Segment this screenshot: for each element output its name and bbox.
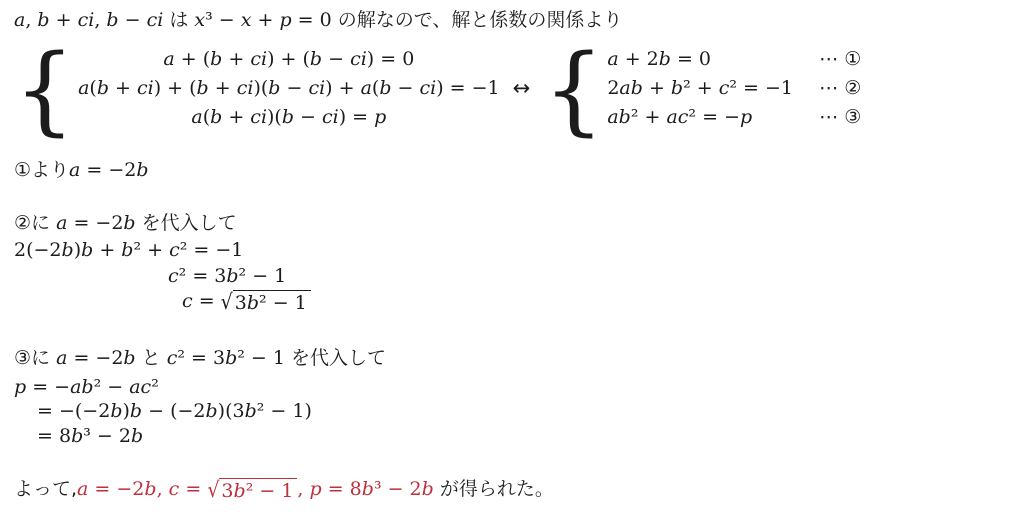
- text-segment: は: [163, 9, 194, 31]
- math-text: +: [222, 106, 250, 128]
- math-text: = −2: [80, 159, 136, 181]
- math-text: ³ − 2: [83, 425, 131, 447]
- math-segment: a, b + ci, b − ci: [14, 9, 163, 31]
- math-text: ,: [94, 9, 106, 31]
- text-segment: の解なので、解と係数の関係より: [332, 9, 623, 31]
- math-segment: c =: [182, 290, 221, 312]
- math-text: ci: [147, 9, 164, 31]
- math-text: ) = −1: [436, 77, 499, 99]
- math-text: a: [56, 347, 67, 369]
- math-text: a: [78, 77, 89, 99]
- math-text: ) + (: [154, 77, 197, 99]
- math-segment: a = −2b: [56, 212, 136, 234]
- math-text: ² − 1: [246, 480, 294, 502]
- math-text: = 0: [292, 9, 332, 31]
- text-segment: を代入して: [136, 212, 237, 234]
- math-text: a: [56, 212, 67, 234]
- math-text: b: [144, 478, 156, 500]
- equation-systems: { a + (b + ci) + (b − ci) = 0 a(b + ci) …: [14, 44, 861, 132]
- text-segment: ②に: [14, 212, 56, 234]
- math-text: = −(−2: [37, 400, 110, 422]
- math-text: = 8: [322, 478, 362, 500]
- equation-marker-1: ⋯ ①: [819, 45, 861, 74]
- math-text: =: [179, 478, 207, 500]
- math-text: ci: [350, 48, 367, 70]
- math-text: = 8: [37, 425, 71, 447]
- math-text: b: [110, 400, 122, 422]
- math-text: ² −: [94, 376, 130, 398]
- right-system: { a + 2b = 0 ⋯ ① 2ab + b² + c² = −1 ⋯ ② …: [543, 44, 861, 132]
- math-text: p: [279, 9, 291, 31]
- left-system: { a + (b + ci) + (b − ci) = 0 a(b + ci) …: [14, 44, 500, 132]
- math-text: +: [209, 77, 237, 99]
- conclusion-line: よって,a = −2b, c = √3b² − 1, p = 8b³ − 2b …: [14, 477, 554, 503]
- math-text: b: [197, 77, 209, 99]
- math-text: b: [123, 212, 135, 234]
- math-text: p: [740, 106, 752, 128]
- math-segment: = −(−2b)b − (−2b)(3b² − 1): [37, 400, 312, 422]
- math-text: ² − 1: [237, 347, 285, 369]
- math-text: a: [361, 77, 372, 99]
- math-text: = 0: [671, 48, 711, 70]
- math-segment: a(b + ci)(b − ci) = p: [191, 106, 386, 128]
- math-text: ab: [70, 376, 94, 398]
- math-text: ³ −: [205, 9, 241, 31]
- math-text: ci: [250, 48, 267, 70]
- equation-line: a(b + ci) + (b + ci)(b − ci) + a(b − ci)…: [78, 74, 500, 103]
- math-text: b: [234, 480, 246, 502]
- math-text: ab: [619, 77, 643, 99]
- math-text: ): [74, 239, 81, 261]
- equation-marker-2: ⋯ ②: [819, 74, 861, 103]
- step3-equation-3: = 8b³ − 2b: [37, 424, 143, 448]
- text-segment: よって,: [14, 478, 77, 500]
- math-text: ² +: [683, 77, 719, 99]
- equation-line: a + 2b = 0: [607, 45, 711, 74]
- radical-sign-icon: √: [221, 289, 233, 316]
- radicand: 3b² − 1: [233, 290, 311, 315]
- text-segment: ③に: [14, 347, 56, 369]
- math-text: ,: [297, 478, 309, 500]
- math-text: b: [106, 9, 118, 31]
- math-text: = −2: [67, 212, 123, 234]
- step3-equation-1: p = −ab² − ac²: [14, 375, 159, 399]
- math-text: ) =: [339, 106, 374, 128]
- math-text: )(: [253, 77, 268, 99]
- math-text: ³ − 2: [374, 478, 422, 500]
- math-text: c: [169, 239, 180, 261]
- math-text: b: [206, 400, 218, 422]
- text-segment: ①より: [14, 159, 69, 181]
- intro-line: a, b + ci, b − ci は x³ − x + p = 0 の解なので…: [14, 8, 622, 32]
- math-text: a: [191, 106, 202, 128]
- math-text: b: [268, 77, 280, 99]
- math-text: ² = −1: [180, 239, 244, 261]
- equation-row: ab² + ac² = −p ⋯ ③: [607, 103, 861, 132]
- math-segment: c² = 3b² − 1: [167, 347, 285, 369]
- math-segment: ab² + ac² = −p: [607, 106, 752, 128]
- math-text: (: [89, 77, 96, 99]
- math-text: ci: [250, 106, 267, 128]
- math-text: b: [379, 77, 391, 99]
- math-text: ²: [151, 376, 159, 398]
- step2-equation-1: 2(−2b)b + b² + c² = −1: [14, 238, 243, 262]
- step3-heading: ③に a = −2b と c² = 3b² − 1 を代入して: [14, 346, 386, 370]
- math-text: b: [362, 478, 374, 500]
- math-segment: a = −2b: [69, 159, 149, 181]
- math-text: b: [247, 292, 259, 314]
- math-text: b: [671, 77, 683, 99]
- math-text: ): [122, 400, 129, 422]
- math-text: 2: [607, 77, 619, 99]
- math-text: b: [37, 9, 49, 31]
- math-text: a: [69, 159, 80, 181]
- math-text: −: [119, 9, 147, 31]
- math-text: ab: [607, 106, 631, 128]
- math-text: +: [222, 48, 250, 70]
- math-text: ² − 1: [239, 265, 287, 287]
- math-text: −: [280, 77, 308, 99]
- text-segment: と: [136, 347, 167, 369]
- math-text: 3: [221, 480, 233, 502]
- math-segment: a = −2b, c =: [77, 478, 207, 500]
- step2-heading: ②に a = −2b を代入して: [14, 211, 237, 235]
- math-segment: , p = 8b³ − 2b: [297, 478, 433, 500]
- math-text: b: [130, 400, 142, 422]
- math-text: = −: [26, 376, 70, 398]
- math-text: + (: [175, 48, 210, 70]
- math-text: b: [121, 239, 133, 261]
- math-segment: p = −ab² − ac²: [14, 376, 159, 398]
- math-text: b: [131, 425, 143, 447]
- math-text: ² − 1: [259, 292, 307, 314]
- math-segment: 2(−2b)b + b² + c² = −1: [14, 239, 243, 261]
- math-text: ci: [137, 77, 154, 99]
- math-segment: c² = 3b² − 1: [168, 265, 286, 287]
- math-segment: 2ab + b² + c² = −1: [607, 77, 793, 99]
- math-text: ,: [157, 478, 169, 500]
- math-text: ) + (: [267, 48, 310, 70]
- math-text: +: [50, 9, 78, 31]
- math-text: ac: [129, 376, 151, 398]
- math-text: ci: [420, 77, 437, 99]
- math-text: ² = 3: [177, 347, 225, 369]
- math-text: c: [182, 290, 193, 312]
- left-system-equations: a + (b + ci) + (b − ci) = 0 a(b + ci) + …: [78, 45, 500, 132]
- math-text: ² +: [133, 239, 169, 261]
- math-text: p: [14, 376, 26, 398]
- math-segment: x³ − x + p = 0: [194, 9, 331, 31]
- math-text: a: [77, 478, 88, 500]
- math-text: )(: [267, 106, 282, 128]
- right-brace: {: [543, 46, 604, 134]
- math-text: + 2: [619, 48, 659, 70]
- math-text: p: [310, 478, 322, 500]
- math-text: +: [93, 239, 121, 261]
- radical-sign-icon: √: [207, 477, 219, 504]
- math-text: ci: [237, 77, 254, 99]
- math-text: ² = −: [688, 106, 740, 128]
- math-segment: a + (b + ci) + (b − ci) = 0: [163, 48, 414, 70]
- iff-arrow: ↔: [513, 76, 531, 100]
- math-text: a: [14, 9, 25, 31]
- math-text: ci: [322, 106, 339, 128]
- radicand: 3b² − 1: [219, 478, 297, 503]
- step3-equation-2: = −(−2b)b − (−2b)(3b² − 1): [37, 399, 312, 423]
- equation-row: a + 2b = 0 ⋯ ①: [607, 45, 861, 74]
- math-text: +: [109, 77, 137, 99]
- math-text: 3: [235, 292, 247, 314]
- math-text: ci: [78, 9, 95, 31]
- equation-line: ab² + ac² = −p: [607, 103, 752, 132]
- math-text: ac: [666, 106, 688, 128]
- math-text: −: [294, 106, 322, 128]
- math-text: c: [168, 265, 179, 287]
- math-text: = −2: [88, 478, 144, 500]
- math-text: b: [123, 347, 135, 369]
- math-text: ) = 0: [367, 48, 415, 70]
- math-text: c: [169, 478, 180, 500]
- math-text: ² = −1: [729, 77, 793, 99]
- math-text: c: [167, 347, 178, 369]
- math-text: b: [225, 347, 237, 369]
- math-text: ci: [308, 77, 325, 99]
- right-system-equations: a + 2b = 0 ⋯ ① 2ab + b² + c² = −1 ⋯ ② ab…: [607, 45, 861, 132]
- math-text: −: [322, 48, 350, 70]
- math-text: b: [226, 265, 238, 287]
- text-segment: が得られた。: [434, 478, 554, 500]
- math-text: b: [282, 106, 294, 128]
- math-text: − (−2: [142, 400, 205, 422]
- math-text: c: [719, 77, 730, 99]
- math-text: b: [136, 159, 148, 181]
- math-segment: = 8b³ − 2b: [37, 425, 143, 447]
- math-segment: a = −2b: [56, 347, 136, 369]
- text-segment: を代入して: [285, 347, 386, 369]
- math-text: ² +: [631, 106, 667, 128]
- math-text: +: [251, 9, 279, 31]
- square-root: √3b² − 1: [207, 477, 297, 503]
- math-text: +: [643, 77, 671, 99]
- equation-line: a + (b + ci) + (b − ci) = 0: [163, 45, 414, 74]
- math-text: b: [97, 77, 109, 99]
- equation-marker-3: ⋯ ③: [819, 103, 861, 132]
- left-brace: {: [14, 46, 75, 134]
- math-text: ) +: [325, 77, 360, 99]
- math-text: b: [210, 48, 222, 70]
- math-text: )(3: [218, 400, 245, 422]
- math-text: −: [392, 77, 420, 99]
- equation-line: a(b + ci)(b − ci) = p: [191, 103, 386, 132]
- step2-equation-3: c = √3b² − 1: [182, 289, 311, 315]
- math-text: x: [194, 9, 205, 31]
- math-text: =: [193, 290, 221, 312]
- equation-line: 2ab + b² + c² = −1: [607, 74, 793, 103]
- math-text: a: [607, 48, 618, 70]
- math-text: b: [245, 400, 257, 422]
- square-root: √3b² − 1: [221, 289, 311, 315]
- math-text: x: [241, 9, 252, 31]
- math-solution-document: a, b + ci, b − ci は x³ − x + p = 0 の解なので…: [0, 0, 1024, 516]
- math-text: b: [210, 106, 222, 128]
- math-text: 2(−2: [14, 239, 62, 261]
- math-text: a: [163, 48, 174, 70]
- math-segment: a(b + ci) + (b + ci)(b − ci) + a(b − ci)…: [78, 77, 500, 99]
- math-text: (: [203, 106, 210, 128]
- step2-equation-2: c² = 3b² − 1: [168, 264, 286, 288]
- step1-line: ①よりa = −2b: [14, 158, 149, 182]
- math-text: ² − 1): [257, 400, 312, 422]
- math-text: b: [71, 425, 83, 447]
- math-segment: a + 2b = 0: [607, 48, 711, 70]
- math-text: p: [374, 106, 386, 128]
- math-text: b: [659, 48, 671, 70]
- math-text: b: [422, 478, 434, 500]
- math-text: b: [81, 239, 93, 261]
- math-text: = −2: [67, 347, 123, 369]
- math-text: b: [62, 239, 74, 261]
- math-text: ,: [25, 9, 37, 31]
- math-text: b: [310, 48, 322, 70]
- equation-row: 2ab + b² + c² = −1 ⋯ ②: [607, 74, 861, 103]
- math-text: ² = 3: [179, 265, 227, 287]
